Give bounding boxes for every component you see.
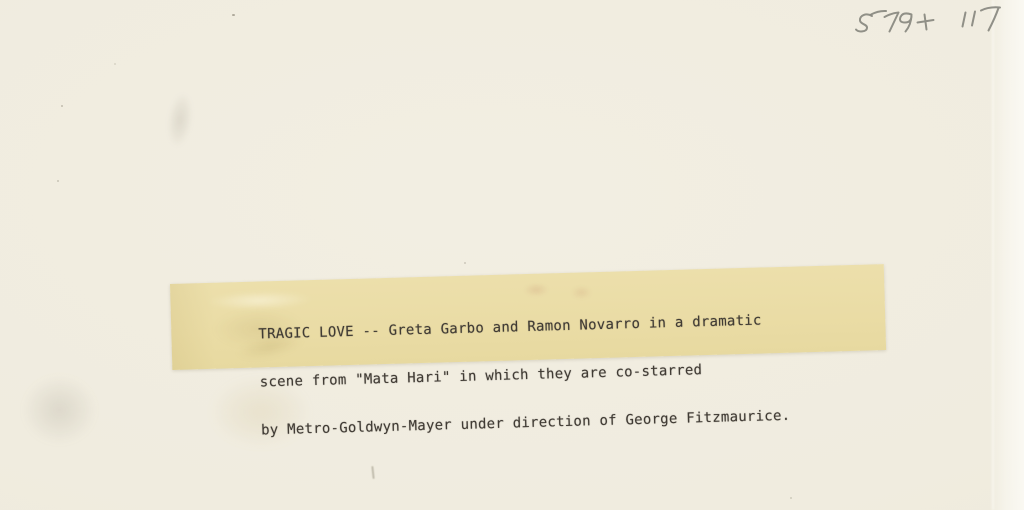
caption-line-2: scene from "Mata Hari" in which they are…	[260, 360, 790, 391]
pencil-glyph-7	[885, 13, 899, 32]
paper-smudge	[12, 366, 107, 454]
paper-smudge	[159, 82, 201, 158]
pencil-glyph-S	[856, 14, 872, 31]
pencil-glyph-1	[963, 13, 966, 27]
pencil-glyph-1	[972, 12, 975, 26]
pencil-glyph-7	[981, 7, 1000, 30]
caption-line-3: by Metro-Goldwyn-Mayer under direction o…	[261, 408, 791, 439]
caption-label-strip: TRAGIC LOVE -- Greta Garbo and Ramon Nov…	[170, 264, 886, 370]
pencil-glyph-9	[900, 13, 911, 31]
paper-speck	[232, 14, 235, 16]
pencil-glyph-dash	[871, 11, 886, 15]
paper-speck	[464, 262, 466, 264]
typed-caption: TRAGIC LOVE -- Greta Garbo and Ramon Nov…	[170, 267, 791, 473]
pencil-glyph-plus	[918, 15, 934, 30]
paper-speck	[114, 63, 116, 65]
paper-speck	[57, 180, 59, 182]
photo-verso-scan: TRAGIC LOVE -- Greta Garbo and Ramon Nov…	[0, 0, 1024, 510]
handwritten-archive-number	[853, 2, 1003, 42]
paper-edge-seam	[992, 0, 994, 510]
paper-speck	[61, 105, 63, 107]
caption-line-1: TRAGIC LOVE -- Greta Garbo and Ramon Nov…	[258, 312, 788, 343]
paper-edge-highlight	[990, 0, 1024, 510]
paper-speck	[790, 497, 792, 499]
paper-scratch	[371, 466, 374, 479]
